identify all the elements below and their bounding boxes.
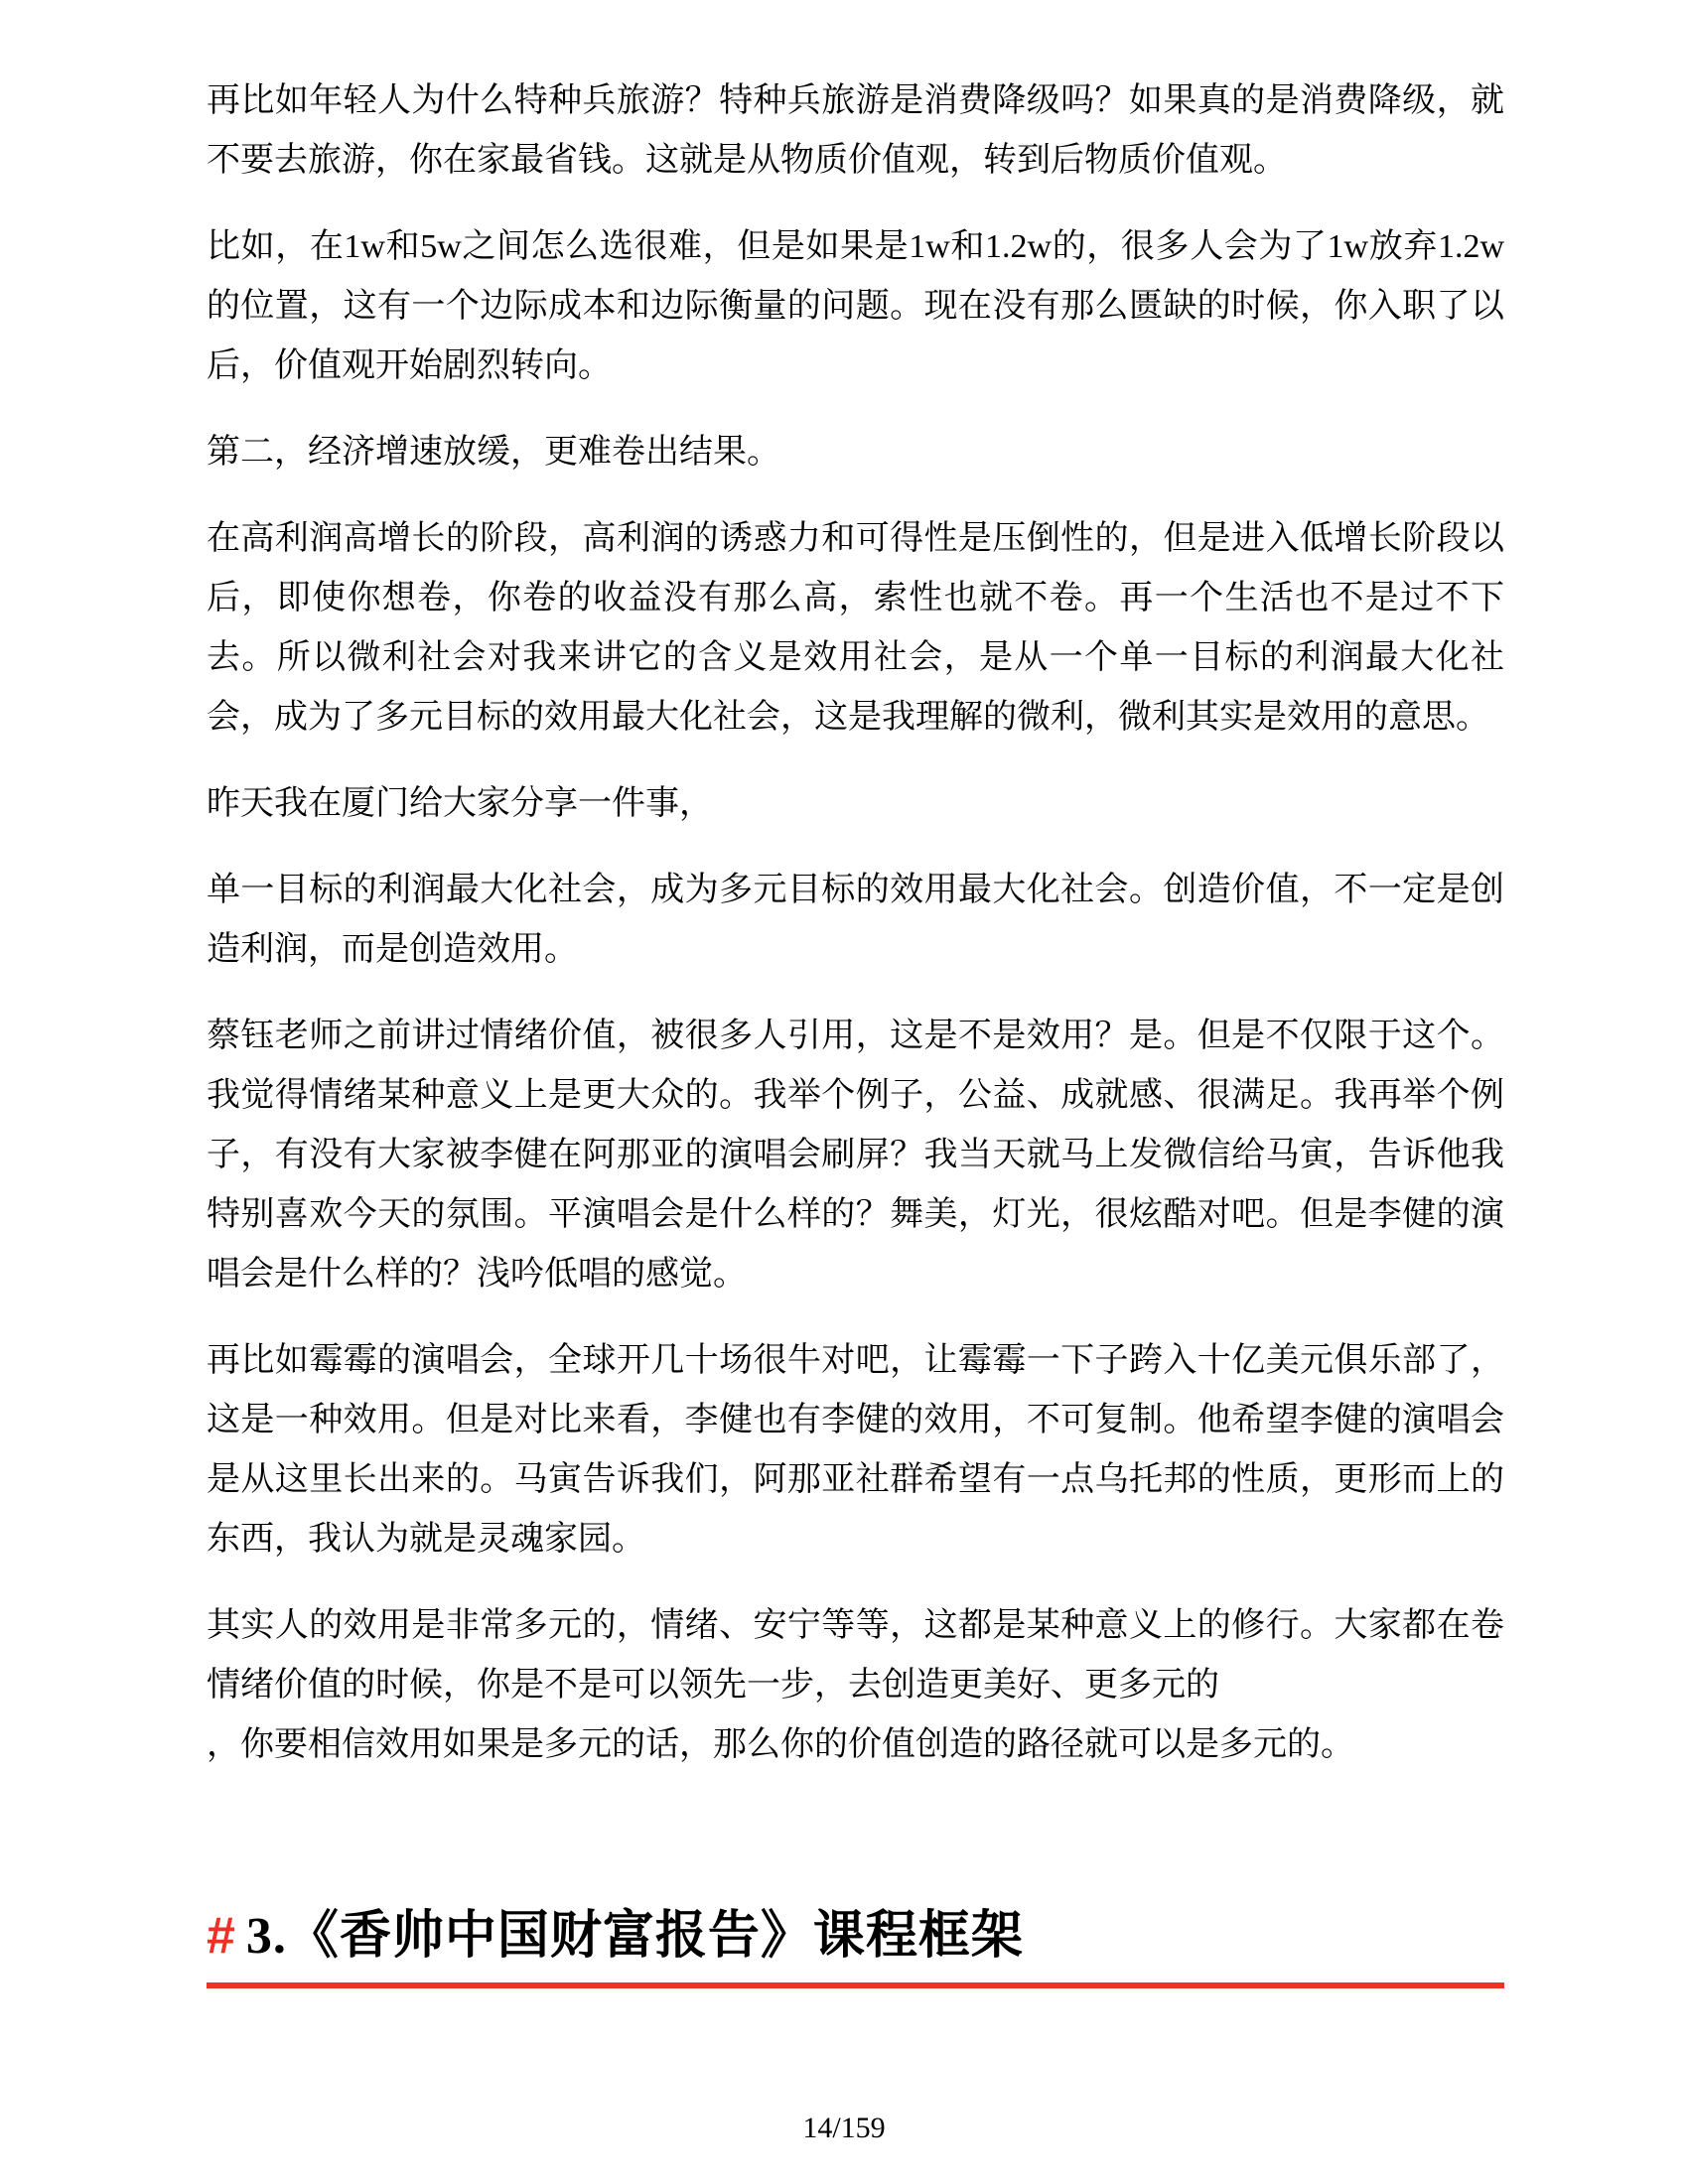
paragraph: 比如，在1w和5w之间怎么选很难，但是如果是1w和1.2w的，很多人会为了1w放…	[207, 217, 1504, 396]
paragraph: 再比如年轻人为什么特种兵旅游？特种兵旅游是消费降级吗？如果真的是消费降级，就不要…	[207, 71, 1504, 191]
paragraph: 单一目标的利润最大化社会，成为多元目标的效用最大化社会。创造价值，不一定是创造利…	[207, 861, 1504, 980]
paragraph: 在高利润高增长的阶段，高利润的诱惑力和可得性是压倒性的，但是进入低增长阶段以后，…	[207, 509, 1504, 748]
document-body: 再比如年轻人为什么特种兵旅游？特种兵旅游是消费降级吗？如果真的是消费降级，就不要…	[0, 0, 1688, 1988]
paragraphs-container: 再比如年轻人为什么特种兵旅游？特种兵旅游是消费降级吗？如果真的是消费降级，就不要…	[207, 71, 1504, 1775]
page-number: 14/159	[802, 2112, 885, 2144]
page-background: 再比如年轻人为什么特种兵旅游？特种兵旅游是消费降级吗？如果真的是消费降级，就不要…	[0, 0, 1688, 2184]
section-heading: #3.《香帅中国财富报告》课程框架	[207, 1904, 1504, 1988]
paragraph: 其实人的效用是非常多元的，情绪、安宁等等，这都是某种意义上的修行。大家都在卷情绪…	[207, 1596, 1504, 1775]
paragraph-line: 再比如霉霉的演唱会，全球开几十场很牛对吧，让霉霉一下子跨入十亿美元俱乐部了，这是…	[207, 1331, 1504, 1570]
heading-hash-marker: #	[207, 1907, 236, 1965]
paragraph-line: 再比如年轻人为什么特种兵旅游？特种兵旅游是消费降级吗？如果真的是消费降级，就不要…	[207, 71, 1504, 191]
paragraph: 第二，经济增速放缓，更难卷出结果。	[207, 423, 1504, 482]
paragraph-line: 比如，在1w和5w之间怎么选很难，但是如果是1w和1.2w的，很多人会为了1w放…	[207, 217, 1504, 396]
paragraph-line: 单一目标的利润最大化社会，成为多元目标的效用最大化社会。创造价值，不一定是创造利…	[207, 861, 1504, 980]
paragraph-line: 第二，经济增速放缓，更难卷出结果。	[207, 423, 1504, 482]
paragraph-line: ，你要相信效用如果是多元的话，那么你的价值创造的路径就可以是多元的。	[207, 1715, 1504, 1775]
paragraph-line: 其实人的效用是非常多元的，情绪、安宁等等，这都是某种意义上的修行。大家都在卷情绪…	[207, 1596, 1504, 1715]
heading-text: 3.《香帅中国财富报告》课程框架	[246, 1908, 1024, 1965]
paragraph-line: 在高利润高增长的阶段，高利润的诱惑力和可得性是压倒性的，但是进入低增长阶段以后，…	[207, 509, 1504, 748]
paragraph: 昨天我在厦门给大家分享一件事，	[207, 774, 1504, 834]
document-page: { "document": { "paragraphs": [ { "lines…	[0, 0, 1688, 2184]
paragraph: 蔡钰老师之前讲过情绪价值，被很多人引用，这是不是效用？是。但是不仅限于这个。我觉…	[207, 1007, 1504, 1304]
paragraph-line: 昨天我在厦门给大家分享一件事，	[207, 774, 1504, 834]
paragraph: 再比如霉霉的演唱会，全球开几十场很牛对吧，让霉霉一下子跨入十亿美元俱乐部了，这是…	[207, 1331, 1504, 1570]
page-footer: 14/159	[0, 2111, 1688, 2146]
paragraph-line: 蔡钰老师之前讲过情绪价值，被很多人引用，这是不是效用？是。但是不仅限于这个。我觉…	[207, 1007, 1504, 1304]
